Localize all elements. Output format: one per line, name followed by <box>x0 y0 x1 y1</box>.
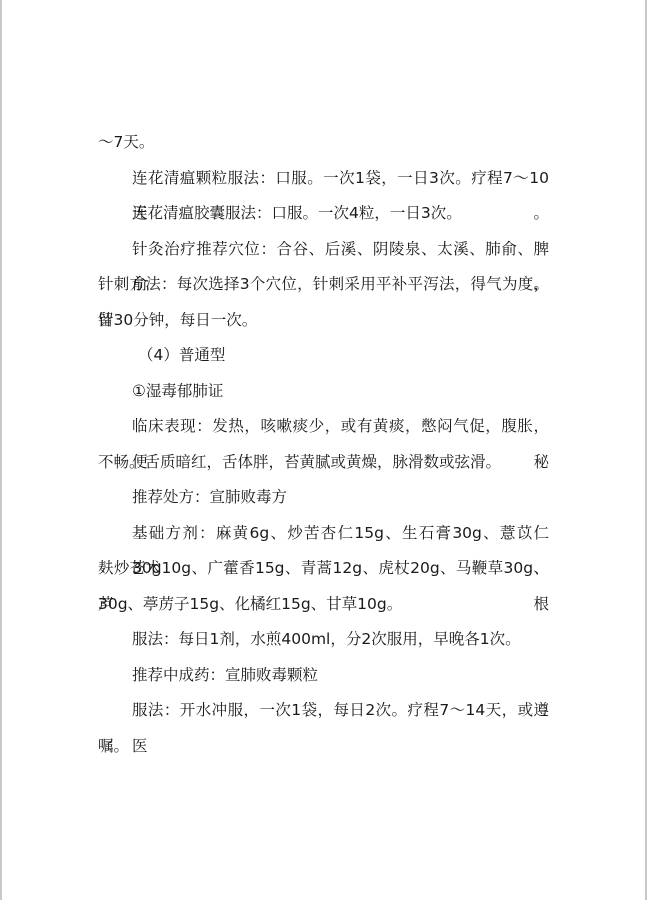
page-left-border <box>0 0 2 900</box>
text-line-granule-usage: 服法：开水冲服，一次1袋，每日2次。疗程7～14天，或遵医 <box>98 693 549 729</box>
text-line-continuation: ～7天。 <box>98 125 549 161</box>
document-page: ～7天。 连花清瘟颗粒服法：口服。一次1袋，一日3次。疗程7～10天。 连花清瘟… <box>98 125 549 764</box>
text-line-recommended-prescription: 推荐处方：宣肺败毒方 <box>98 480 549 516</box>
text-line-base-formula: 基础方剂：麻黄6g、炒苦杏仁15g、生石膏30g、薏苡仁30g、 <box>98 516 549 552</box>
text-line-decoction-usage: 服法：每日1剂，水煎400ml，分2次服用，早晚各1次。 <box>98 622 549 658</box>
text-line-acupuncture-method: 针刺方法：每次选择3个穴位，针刺采用平补平泻法，得气为度，留 <box>98 267 549 303</box>
text-line-acupuncture-points: 针灸治疗推荐穴位：合谷、后溪、阴陵泉、太溪、肺俞、脾俞。 <box>98 232 549 268</box>
text-line-clinical-manifestation: 临床表现：发热，咳嗽痰少，或有黄痰，憋闷气促，腹胀，便秘 <box>98 409 549 445</box>
section-heading-common-type: （4）普通型 <box>98 338 549 374</box>
text-line-acupuncture-method-cont: 针30分钟，每日一次。 <box>98 303 549 339</box>
text-line-base-formula-cont: 麸炒苍术10g、广藿香15g、青蒿12g、虎杖20g、马鞭草30g、芦根 <box>98 551 549 587</box>
text-line-lianhua-granule-usage: 连花清瘟颗粒服法：口服。一次1袋，一日3次。疗程7～10天。 <box>98 161 549 197</box>
text-line-granule-usage-end: 嘱。 <box>98 729 549 765</box>
text-line-patent-medicine: 推荐中成药：宣肺败毒颗粒 <box>98 658 549 694</box>
subsection-heading-damp-toxin: ①湿毒郁肺证 <box>98 374 549 410</box>
text-line-clinical-manifestation-cont: 不畅。舌质暗红，舌体胖，苔黄腻或黄燥，脉滑数或弦滑。 <box>98 445 549 481</box>
